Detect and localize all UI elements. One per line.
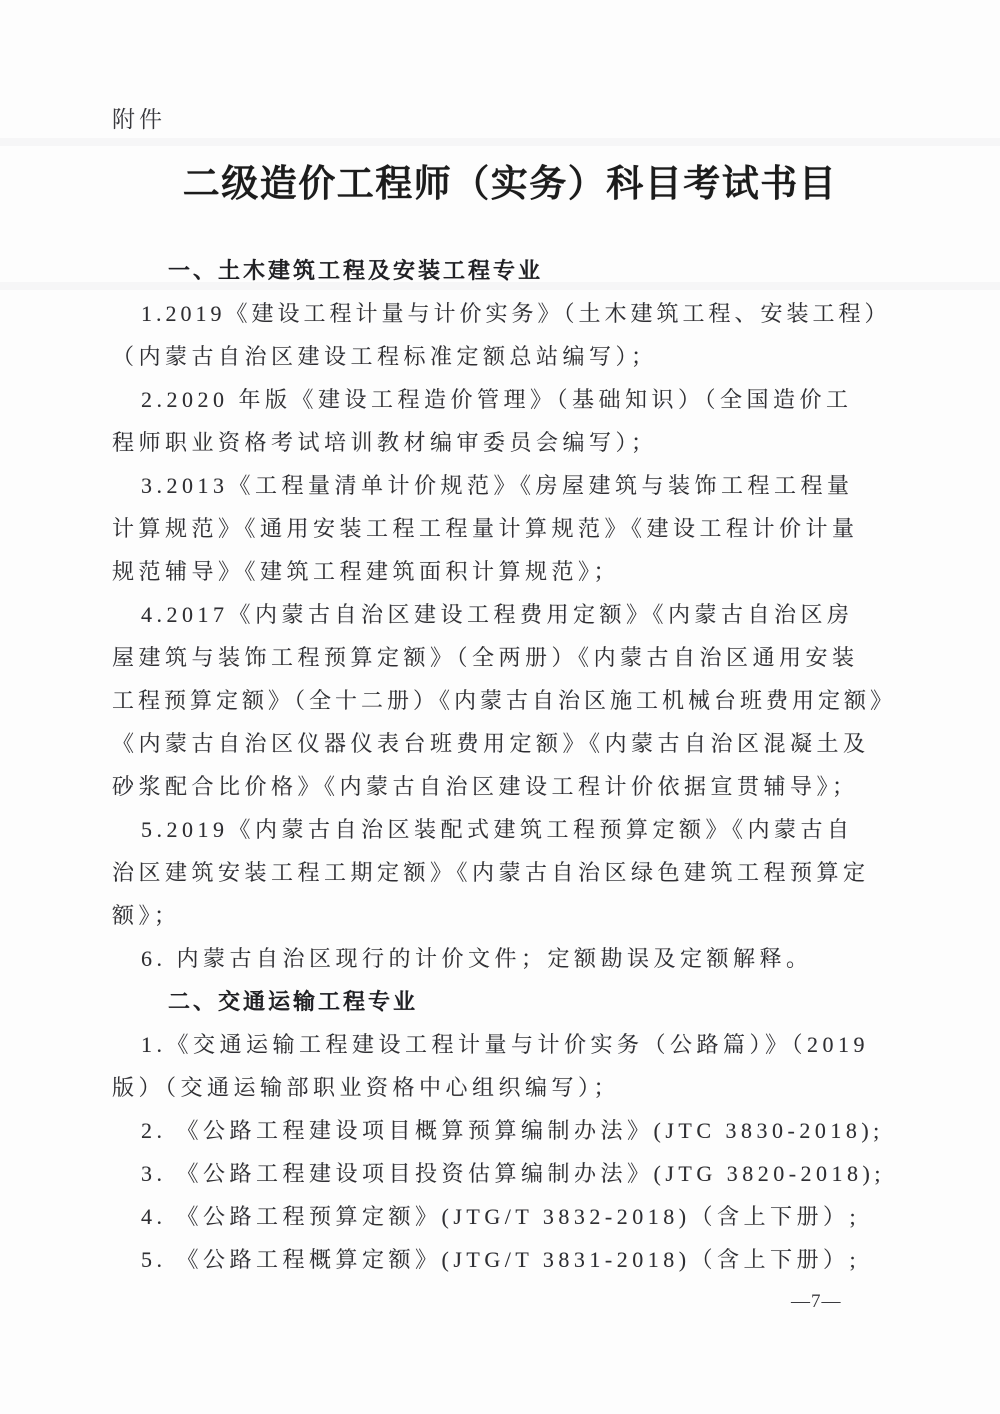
body-line: 3.2013《工程量清单计价规范》《房屋建筑与装饰工程工程量 <box>112 465 894 508</box>
body-line: 版）（交通运输部职业资格中心组织编写）； <box>112 1067 894 1110</box>
page: 附件 二级造价工程师（实务）科目考试书目 一、土木建筑工程及安装工程专业1.20… <box>0 0 1000 1414</box>
body-line: 《内蒙古自治区仪器仪表台班费用定额》《内蒙古自治区混凝土及 <box>112 723 894 766</box>
body-line: 治区建筑安装工程工期定额》《内蒙古自治区绿色建筑工程预算定 <box>112 852 894 895</box>
body-line: 工程预算定额》（全十二册）《内蒙古自治区施工机械台班费用定额》 <box>112 680 894 723</box>
body-line: 计算规范》《通用安装工程工程量计算规范》《建设工程计价计量 <box>112 508 894 551</box>
body-line: 砂浆配合比价格》《内蒙古自治区建设工程计价依据宣贯辅导》； <box>112 766 894 809</box>
body-line: 4.2017《内蒙古自治区建设工程费用定额》《内蒙古自治区房 <box>112 594 894 637</box>
section-heading: 二、交通运输工程专业 <box>112 981 894 1024</box>
body-line: 屋建筑与装饰工程预算定额》（全两册）《内蒙古自治区通用安装 <box>112 637 894 680</box>
document-body: 一、土木建筑工程及安装工程专业1.2019《建设工程计量与计价实务》（土木建筑工… <box>112 250 894 1282</box>
body-line: 1.2019《建设工程计量与计价实务》（土木建筑工程、安装工程） <box>112 293 894 336</box>
body-line: 2. 《公路工程建设项目概算预算编制办法》(JTC 3830-2018); <box>112 1110 894 1153</box>
body-line: 5. 《公路工程概算定额》(JTG/T 3831-2018)（含上下册）; <box>112 1239 894 1282</box>
document-title: 二级造价工程师（实务）科目考试书目 <box>0 153 1000 207</box>
body-line: 6. 内蒙古自治区现行的计价文件；定额勘误及定额解释。 <box>112 938 894 981</box>
body-line: 2.2020 年版《建设工程造价管理》（基础知识）（全国造价工 <box>112 379 894 422</box>
body-line: 5.2019《内蒙古自治区装配式建筑工程预算定额》《内蒙古自 <box>112 809 894 852</box>
section-heading: 一、土木建筑工程及安装工程专业 <box>112 250 894 293</box>
body-line: （内蒙古自治区建设工程标准定额总站编写）； <box>112 336 894 379</box>
body-line: 4. 《公路工程预算定额》(JTG/T 3832-2018)（含上下册）; <box>112 1196 894 1239</box>
body-line: 程师职业资格考试培训教材编审委员会编写）； <box>112 422 894 465</box>
page-number: —7— <box>791 1291 842 1313</box>
attachment-label: 附件 <box>112 101 166 134</box>
body-line: 3. 《公路工程建设项目投资估算编制办法》(JTG 3820-2018); <box>112 1153 894 1196</box>
scan-streak <box>0 138 1000 146</box>
body-line: 额》； <box>112 895 894 938</box>
body-line: 规范辅导》《建筑工程建筑面积计算规范》； <box>112 551 894 594</box>
body-line: 1.《交通运输工程建设工程计量与计价实务（公路篇）》（2019 <box>112 1024 894 1067</box>
